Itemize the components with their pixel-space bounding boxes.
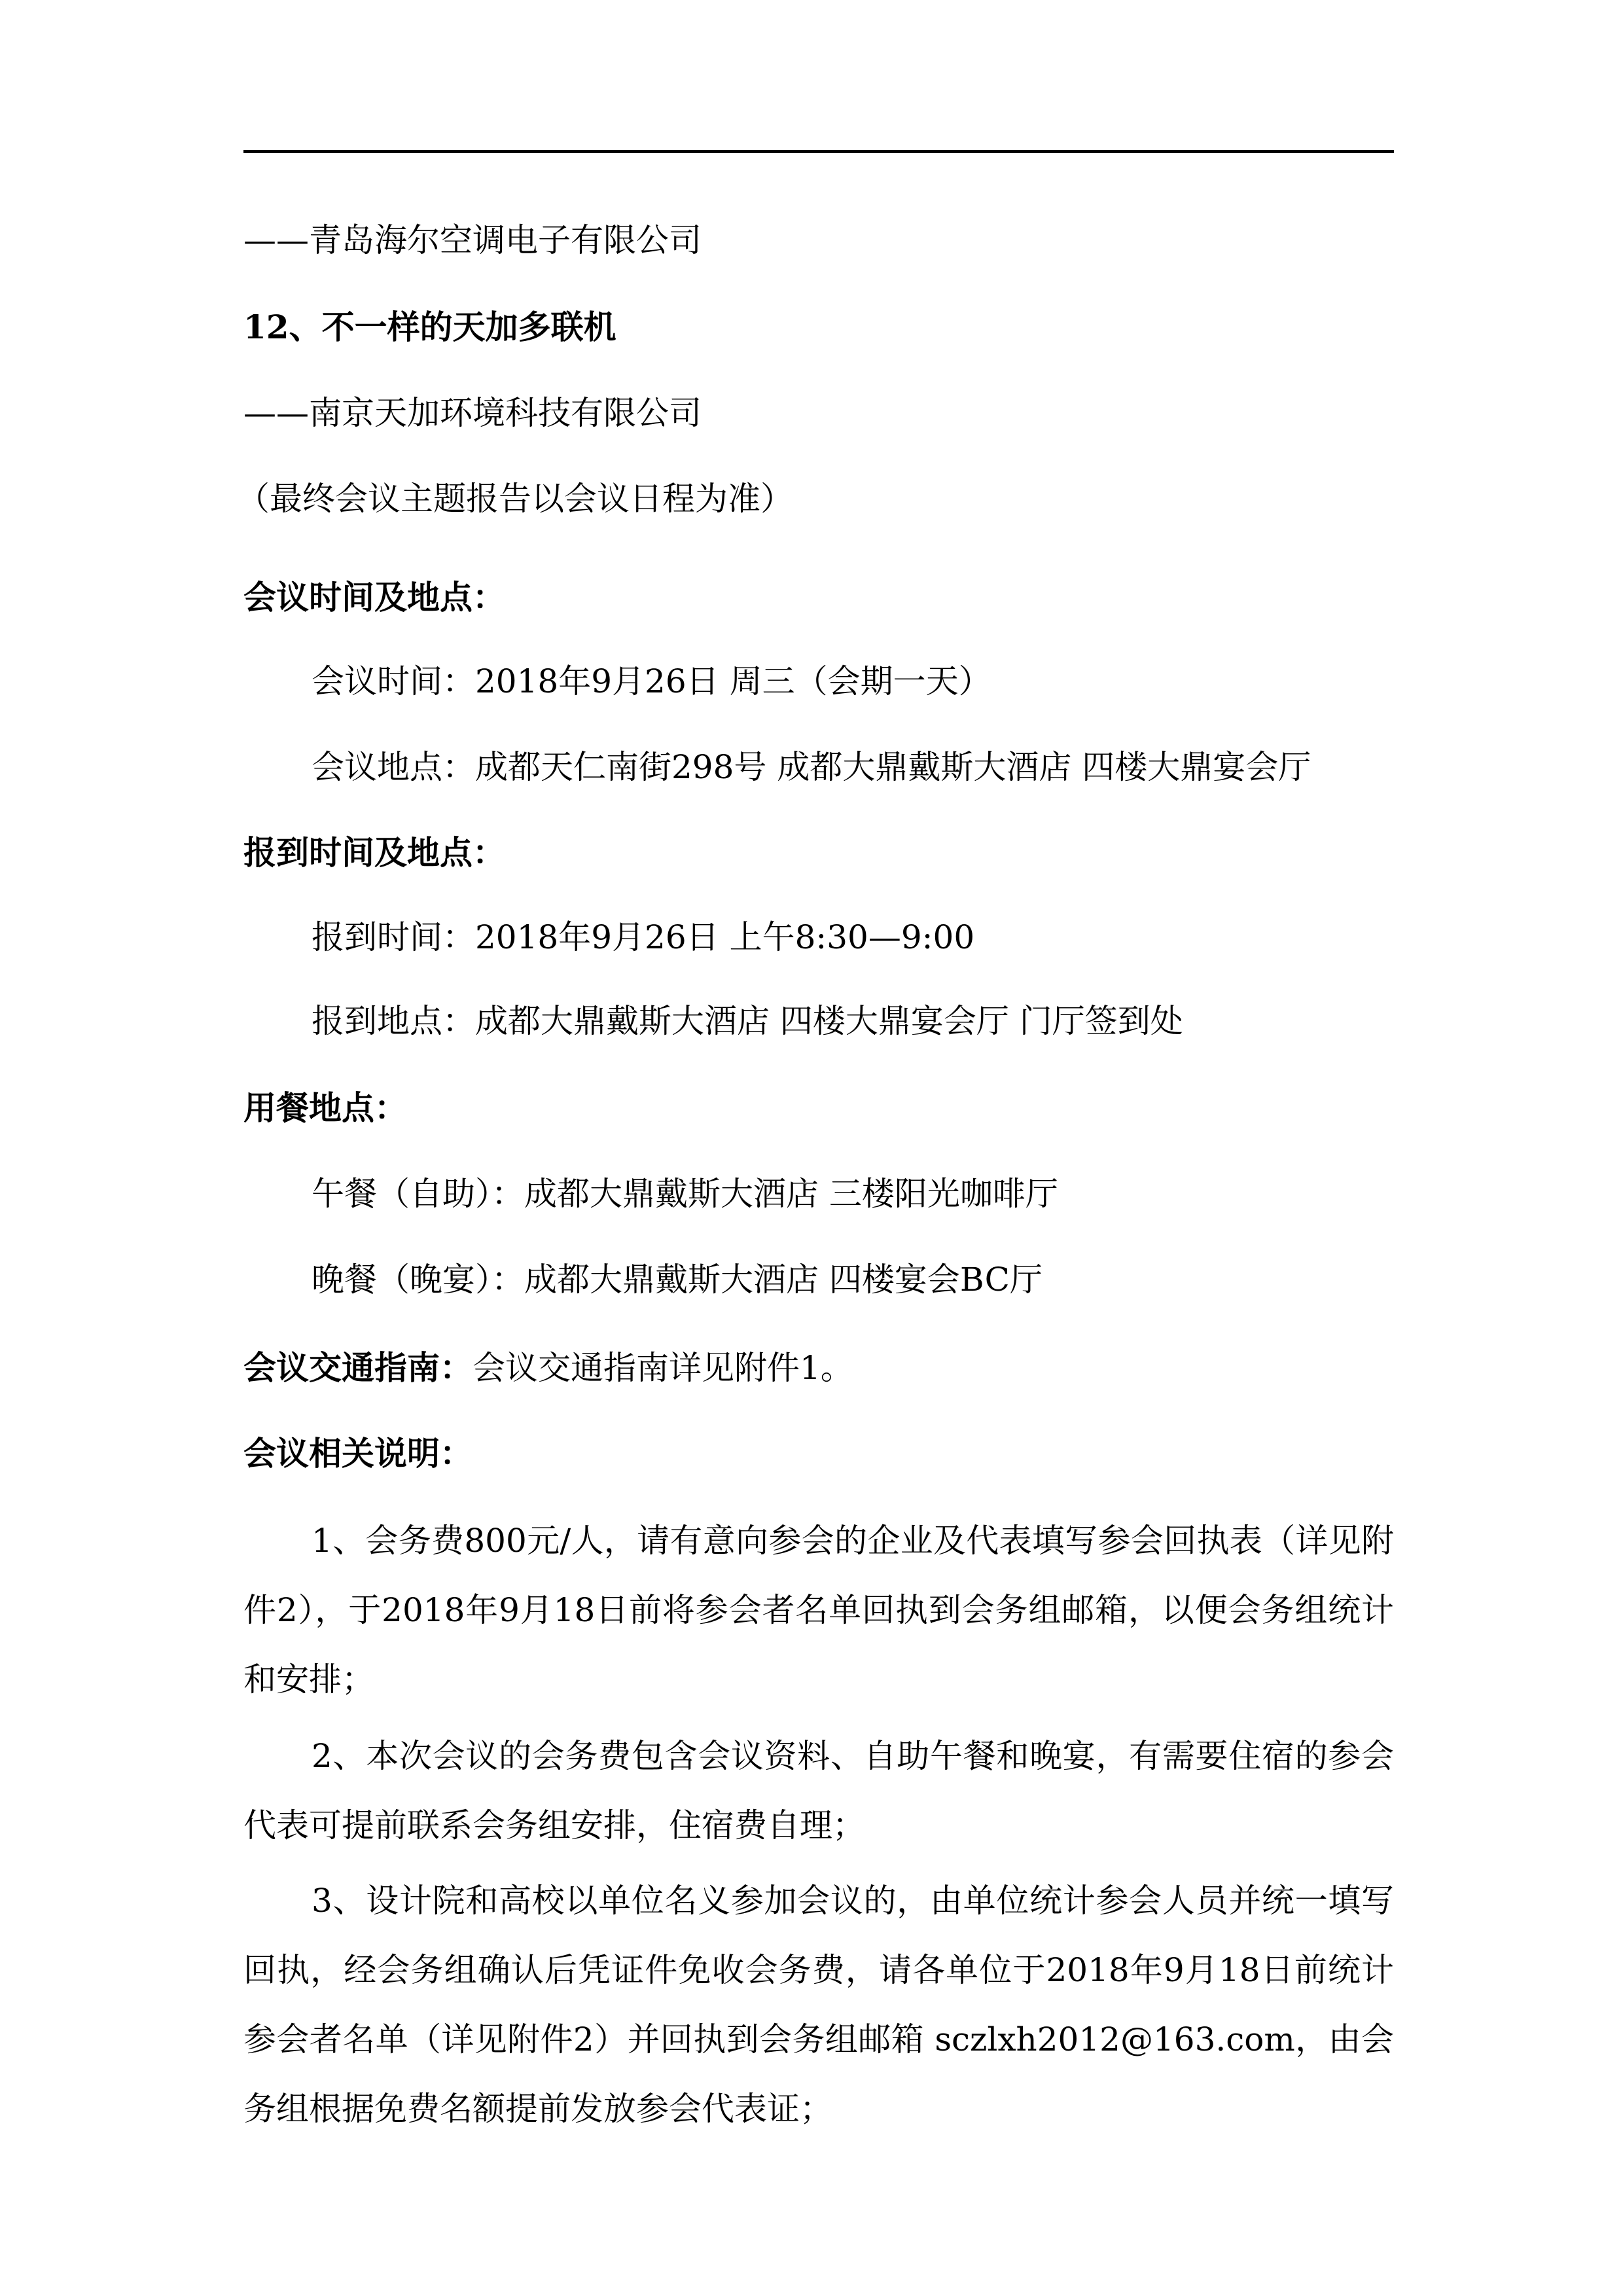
topic-12-title: 12、不一样的天加多联机: [243, 308, 616, 347]
registration-heading: 报到时间及地点：: [243, 833, 505, 872]
header-rule: [243, 150, 1394, 153]
haier-company-line: ——青岛海尔空调电子有限公司: [243, 221, 702, 260]
notes-heading: 会议相关说明：: [243, 1434, 473, 1473]
registration-place: 报到地点：成都大鼎戴斯大酒店 四楼大鼎宴会厅 门厅签到处: [312, 1001, 1183, 1041]
transport-guide: 会议交通指南：会议交通指南详见附件1。: [243, 1348, 853, 1388]
meeting-time: 会议时间：2018年9月26日 周三（会期一天）: [312, 662, 991, 701]
note-item-3: 3、设计院和高校以单位名义参加会议的，由单位统计参会人员并统一填写回执，经会务组…: [243, 1866, 1394, 2144]
tica-company-line: ——南京天加环境科技有限公司: [243, 393, 702, 433]
note-item-1: 1、会务费800元/人，请有意向参会的企业及代表填写参会回执表（详见附件2），于…: [243, 1506, 1394, 1714]
registration-time: 报到时间：2018年9月26日 上午8:30—9:00: [312, 918, 974, 957]
meeting-time-place-heading: 会议时间及地点：: [243, 578, 505, 617]
schedule-note: （最终会议主题报告以会议日程为准）: [237, 479, 793, 518]
dining-heading: 用餐地点：: [243, 1088, 407, 1128]
meeting-place: 会议地点：成都天仁南街298号 成都大鼎戴斯大酒店 四楼大鼎宴会厅: [312, 747, 1311, 787]
dinner-location: 晚餐（晚宴）：成都大鼎戴斯大酒店 四楼宴会BC厅: [312, 1260, 1043, 1299]
transport-text: 会议交通指南详见附件1。: [473, 1349, 853, 1387]
note-item-2: 2、本次会议的会务费包含会议资料、自助午餐和晚宴，有需要住宿的参会代表可提前联系…: [243, 1721, 1394, 1860]
lunch-location: 午餐（自助）：成都大鼎戴斯大酒店 三楼阳光咖啡厅: [312, 1174, 1058, 1213]
transport-label: 会议交通指南：: [243, 1348, 473, 1387]
